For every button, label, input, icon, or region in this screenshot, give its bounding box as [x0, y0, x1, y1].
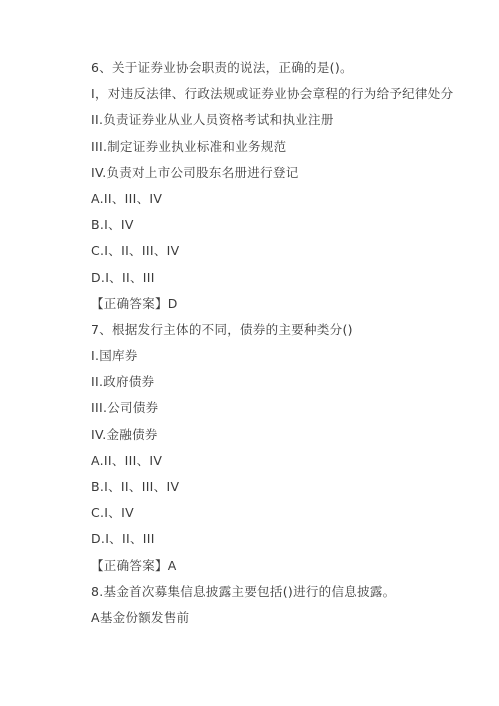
question-item: IV.负责对上市公司股东名册进行登记 — [91, 160, 479, 186]
question-stem: 6、关于证券业协会职责的说法，正确的是()。 — [91, 55, 479, 81]
question-option: A.II、III、IV — [91, 186, 479, 212]
question-option: C.I、II、III、IV — [91, 238, 479, 264]
question-item: II.政府债券 — [91, 369, 479, 395]
question-item: III.制定证券业执业标准和业务规范 — [91, 134, 479, 160]
question-item: I.国库券 — [91, 343, 479, 369]
question-option: B.I、II、III、IV — [91, 474, 479, 500]
answer-line: 【正确答案】D — [91, 291, 479, 317]
question-option: A基金份额发售前 — [91, 605, 479, 631]
question-option: A.II、III、IV — [91, 448, 479, 474]
question-item: III.公司债券 — [91, 395, 479, 421]
question-option: B.I、IV — [91, 212, 479, 238]
question-block-6: 6、关于证券业协会职责的说法，正确的是()。 I，对违反法律、行政法规或证券业协… — [91, 55, 479, 317]
document-page: 6、关于证券业协会职责的说法，正确的是()。 I，对违反法律、行政法规或证券业协… — [0, 0, 499, 706]
question-stem: 7、根据发行主体的不同，债券的主要种类分() — [91, 317, 479, 343]
question-item: II.负责证券业从业人员资格考试和执业注册 — [91, 107, 479, 133]
question-block-8: 8.基金首次募集信息披露主要包括()进行的信息披露。 A基金份额发售前 — [91, 579, 479, 631]
question-block-7: 7、根据发行主体的不同，债券的主要种类分() I.国库券 II.政府债券 III… — [91, 317, 479, 579]
question-stem: 8.基金首次募集信息披露主要包括()进行的信息披露。 — [91, 579, 479, 605]
question-item: IV.金融债券 — [91, 422, 479, 448]
question-option: D.I、II、III — [91, 265, 479, 291]
question-option: C.I、IV — [91, 500, 479, 526]
question-option: D.I、II、III — [91, 526, 479, 552]
question-item: I，对违反法律、行政法规或证券业协会章程的行为给予纪律处分 — [91, 81, 479, 107]
answer-line: 【正确答案】A — [91, 553, 479, 579]
